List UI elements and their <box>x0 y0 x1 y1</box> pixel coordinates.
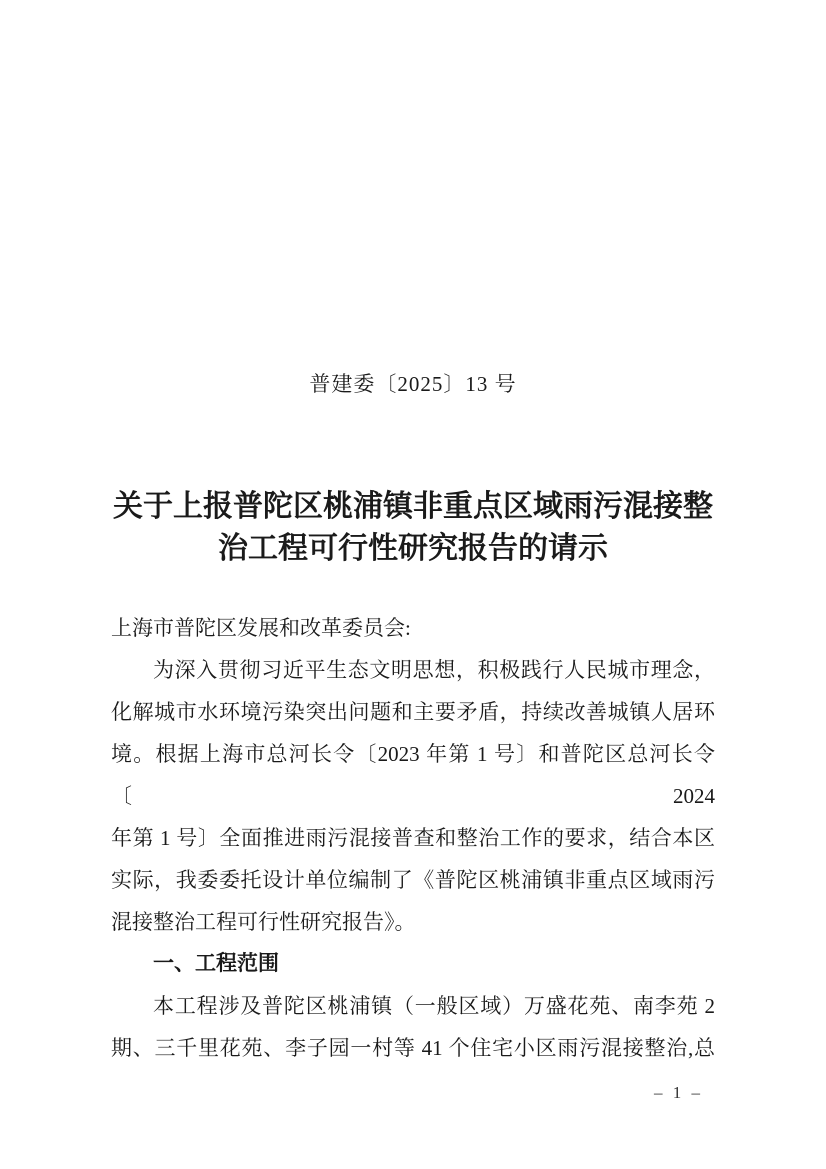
title-line-1: 关于上报普陀区桃浦镇非重点区域雨污混接整 <box>106 486 720 528</box>
section-heading: 一、工程范围 <box>111 943 715 985</box>
title-line-2: 治工程可行性研究报告的请示 <box>106 528 720 570</box>
body-line: 实际，我委委托设计单位编制了《普陀区桃浦镇非重点区域雨污 <box>111 859 715 901</box>
document-page: 普建委〔2025〕13 号 关于上报普陀区桃浦镇非重点区域雨污混接整 治工程可行… <box>0 0 826 1169</box>
document-title: 关于上报普陀区桃浦镇非重点区域雨污混接整 治工程可行性研究报告的请示 <box>106 486 720 570</box>
body-line: 年第 1 号〕全面推进雨污混接普查和整治工作的要求，结合本区 <box>111 817 715 859</box>
body-line: 化解城市水环境污染突出问题和主要矛盾，持续改善城镇人居环 <box>111 691 715 733</box>
document-body: 上海市普陀区发展和改革委员会: 为深入贯彻习近平生态文明思想，积极践行人民城市理… <box>111 607 715 1069</box>
page-number: – 1 – <box>654 1083 700 1103</box>
doc-number: 普建委〔2025〕13 号 <box>111 0 715 398</box>
body-line: 为深入贯彻习近平生态文明思想，积极践行人民城市理念， <box>111 649 715 691</box>
body-line: 混接整治工程可行性研究报告》。 <box>111 901 715 943</box>
body-line: 境。根据上海市总河长令〔2023 年第 1 号〕和普陀区总河长令〔2024 <box>111 733 715 817</box>
addressee-line: 上海市普陀区发展和改革委员会: <box>111 607 715 649</box>
body-line: 期、三千里花苑、李子园一村等 41 个住宅小区雨污混接整治,总 <box>111 1027 715 1069</box>
body-line: 本工程涉及普陀区桃浦镇（一般区域）万盛花苑、南李苑 2 <box>111 985 715 1027</box>
